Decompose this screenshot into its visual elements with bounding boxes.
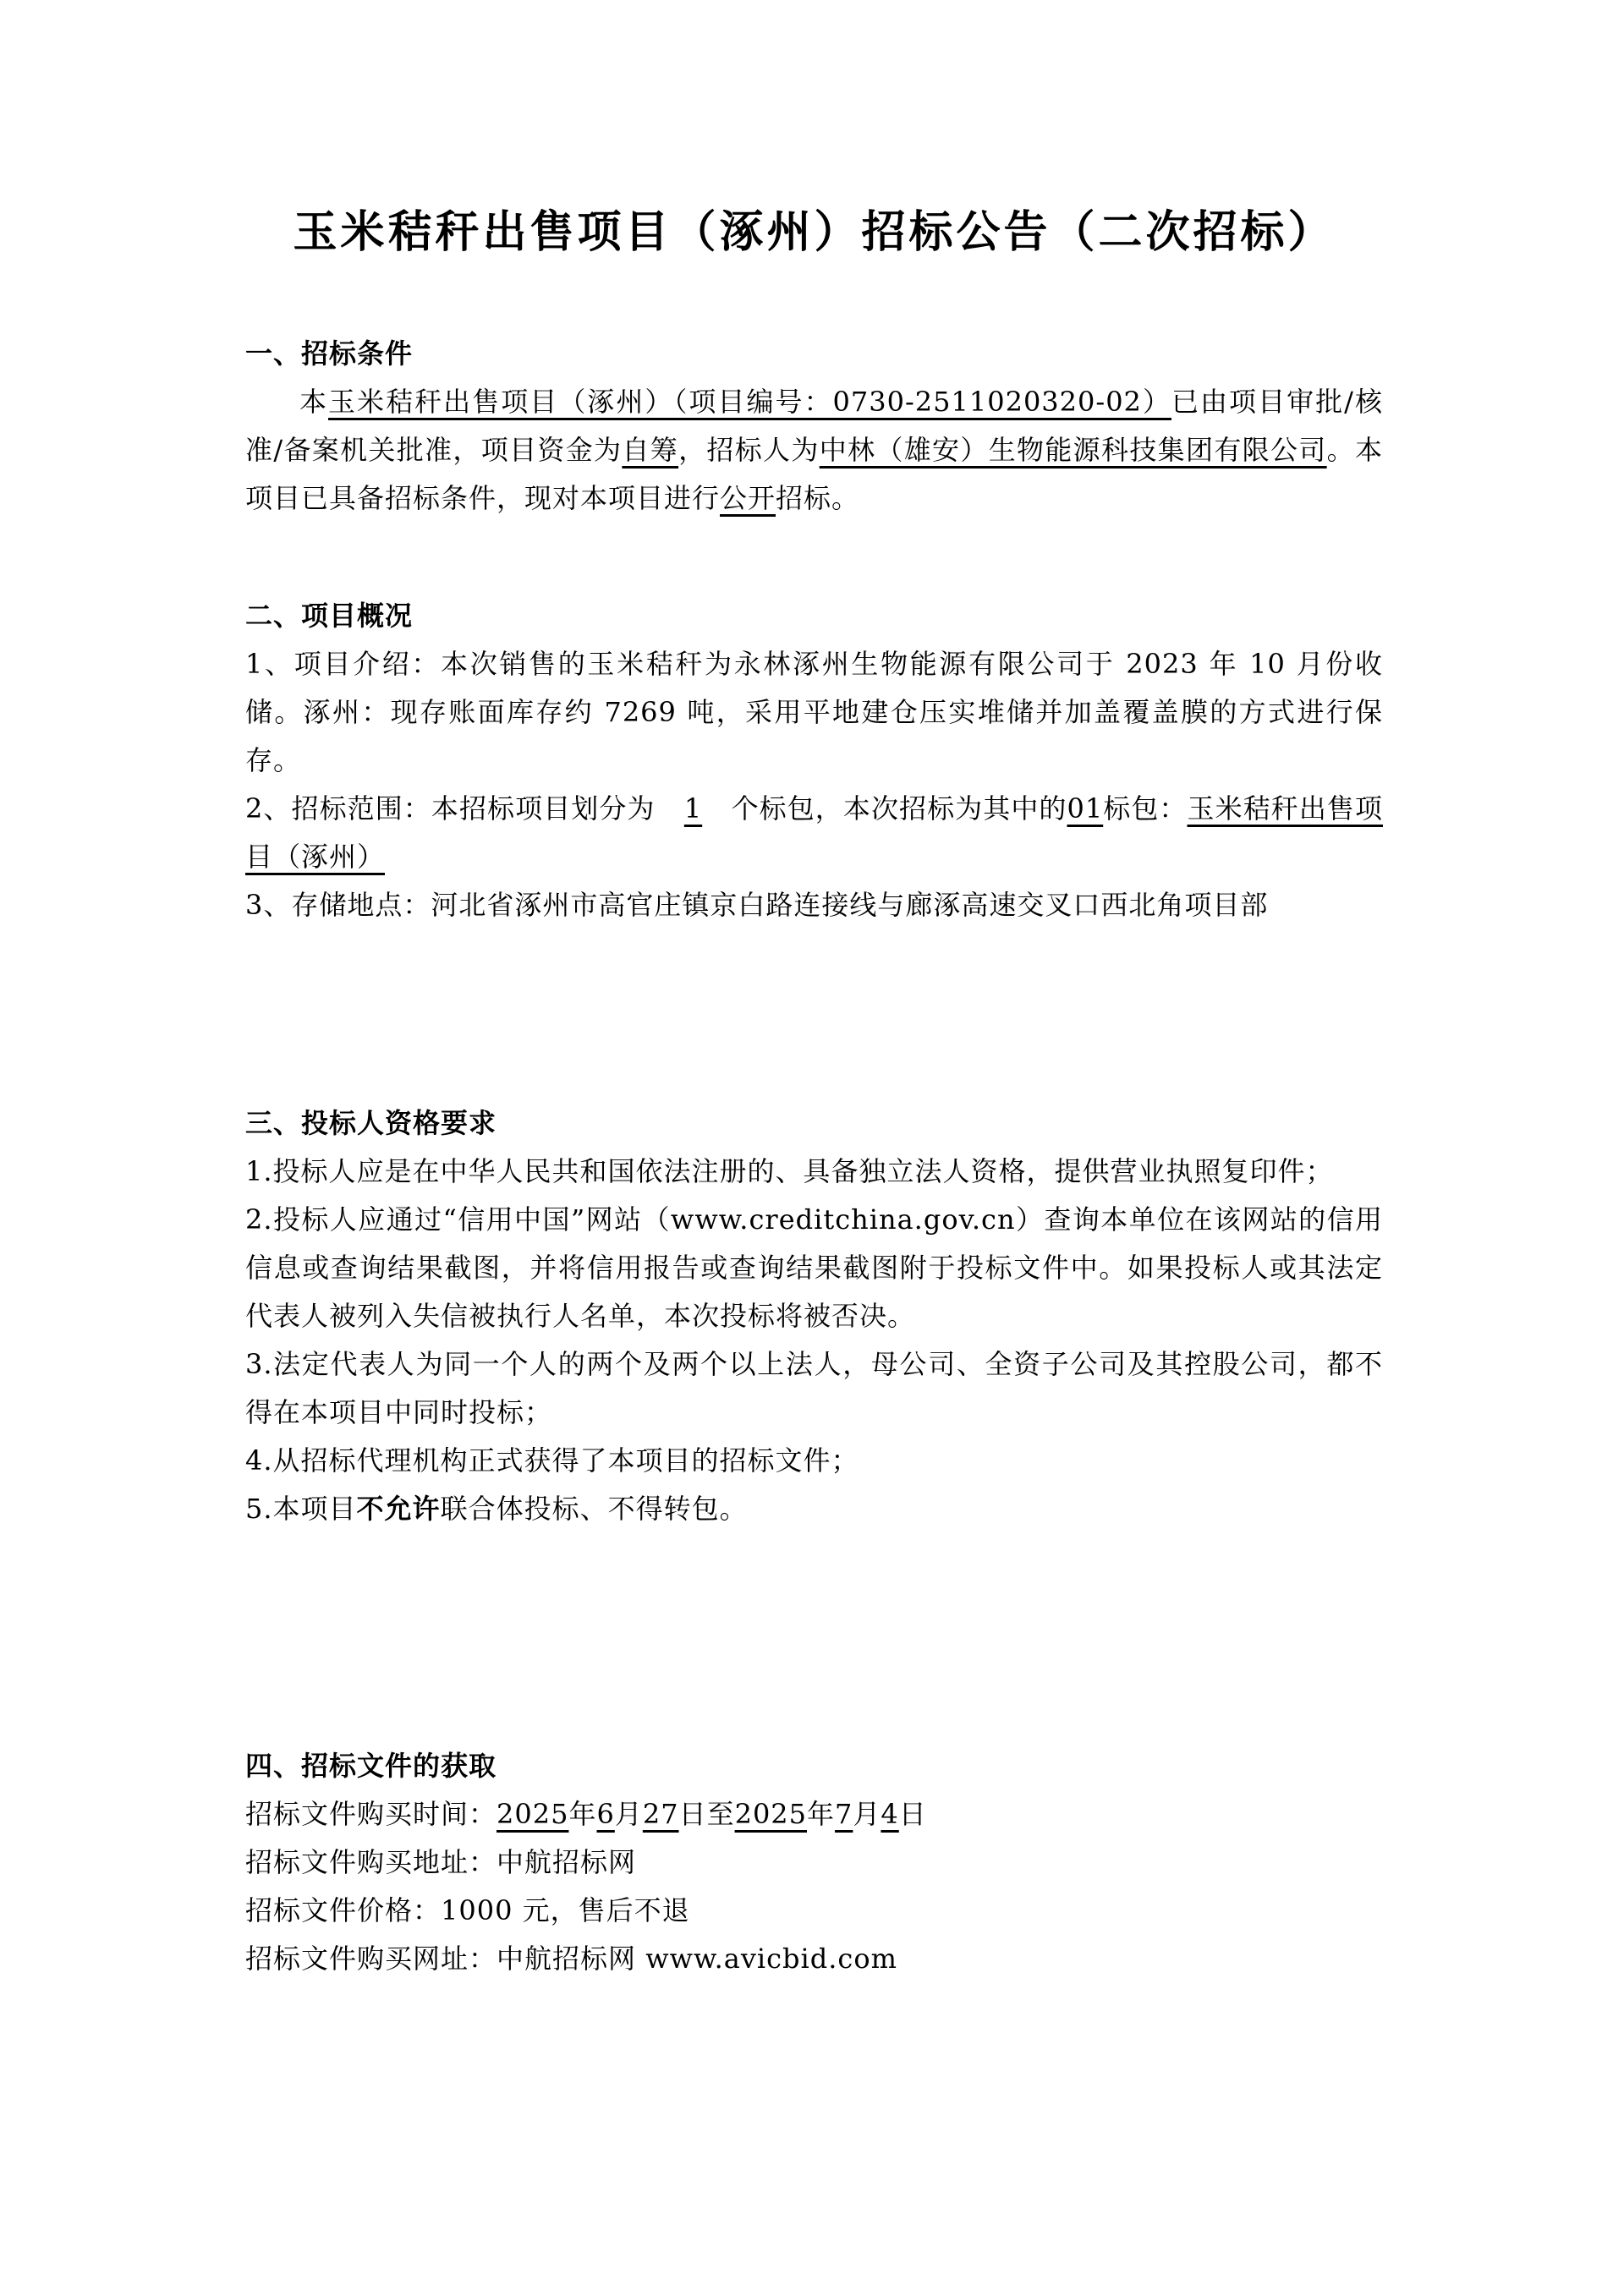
label: 招标文件购买网址：中航招标网	[245, 1943, 645, 1975]
document-price: 招标文件价格：1000 元，售后不退	[245, 1887, 1383, 1935]
text: 年	[568, 1798, 596, 1830]
text: 联合体投标、不得转包。	[441, 1493, 748, 1525]
storage-location: 3、存储地点：河北省涿州市高官庄镇京白路连接线与廊涿高速交叉口西北角项目部	[245, 881, 1383, 929]
project-intro: 1、项目介绍：本次销售的玉米秸秆为永林涿州生物能源有限公司于 2023 年 10…	[245, 640, 1383, 785]
end-day: 4	[881, 1798, 898, 1830]
qualification-item: 2.投标人应通过“信用中国”网站（www.creditchina.gov.cn）…	[245, 1196, 1383, 1340]
text: 月	[853, 1798, 881, 1830]
not-allowed-emphasis: 不允许	[357, 1493, 441, 1525]
label: 招标文件购买时间：	[245, 1798, 497, 1830]
funding-source: 自筹	[622, 434, 678, 466]
lot-count: 1	[656, 785, 732, 833]
start-year: 2025	[497, 1798, 568, 1830]
text: 5.本项目	[245, 1493, 357, 1525]
qualification-item: 1.投标人应是在中华人民共和国依法注册的、具备独立法人资格，提供营业执照复印件；	[245, 1148, 1383, 1196]
section-heading: 二、项目概况	[245, 592, 1383, 640]
end-year: 2025	[735, 1798, 807, 1830]
text: 本	[299, 386, 328, 418]
text: ，招标人为	[678, 434, 820, 466]
start-month: 6	[596, 1798, 614, 1830]
text: 月	[615, 1798, 643, 1830]
text: 个标包，本次招标为其中的	[732, 792, 1067, 825]
section-bidder-qualifications: 三、投标人资格要求 1.投标人应是在中华人民共和国依法注册的、具备独立法人资格，…	[245, 1099, 1383, 1533]
qualification-item: 5.本项目不允许联合体投标、不得转包。	[245, 1485, 1383, 1533]
section-bidding-conditions: 一、招标条件 本玉米秸秆出售项目（涿州）（项目编号：0730-251102032…	[245, 330, 1383, 523]
lot-number: 01	[1067, 792, 1103, 825]
text: 日至	[679, 1798, 735, 1830]
document-title: 玉米秸秆出售项目（涿州）招标公告（二次招标）	[245, 203, 1383, 262]
text: 年	[807, 1798, 835, 1830]
text: 日	[899, 1798, 927, 1830]
purchase-url-link[interactable]: www.avicbid.com	[645, 1943, 897, 1975]
qualification-item: 3.法定代表人为同一个人的两个及两个以上法人，母公司、全资子公司及其控股公司，都…	[245, 1340, 1383, 1437]
bidding-scope: 2、招标范围：本招标项目划分为1个标包，本次招标为其中的01标包：玉米秸秆出售项…	[245, 785, 1383, 881]
text: 招标。	[776, 482, 859, 514]
purchase-address: 招标文件购买地址：中航招标网	[245, 1838, 1383, 1887]
section-heading: 四、招标文件的获取	[245, 1742, 1383, 1790]
purchase-time: 招标文件购买时间：2025年6月27日至2025年7月4日	[245, 1790, 1383, 1838]
text: 2、招标范围：本招标项目划分为	[245, 792, 656, 825]
section-heading: 三、投标人资格要求	[245, 1099, 1383, 1148]
section-heading: 一、招标条件	[245, 330, 1383, 378]
qualification-item: 4.从招标代理机构正式获得了本项目的招标文件；	[245, 1437, 1383, 1485]
purchase-url-line: 招标文件购买网址：中航招标网 www.avicbid.com	[245, 1935, 1383, 1983]
end-month: 7	[835, 1798, 853, 1830]
text: 标包：	[1103, 792, 1187, 825]
bidding-conditions-paragraph: 本玉米秸秆出售项目（涿州）（项目编号：0730-2511020320-02）已由…	[245, 378, 1383, 523]
start-day: 27	[643, 1798, 679, 1830]
tenderer-name: 中林（雄安）生物能源科技集团有限公司	[820, 434, 1327, 466]
section-obtain-documents: 四、招标文件的获取 招标文件购买时间：2025年6月27日至2025年7月4日 …	[245, 1742, 1383, 1983]
bidding-method: 公开	[720, 482, 776, 514]
project-name: 玉米秸秆出售项目（涿州）（项目编号：0730-2511020320-02）	[328, 386, 1171, 418]
section-project-overview: 二、项目概况 1、项目介绍：本次销售的玉米秸秆为永林涿州生物能源有限公司于 20…	[245, 592, 1383, 929]
